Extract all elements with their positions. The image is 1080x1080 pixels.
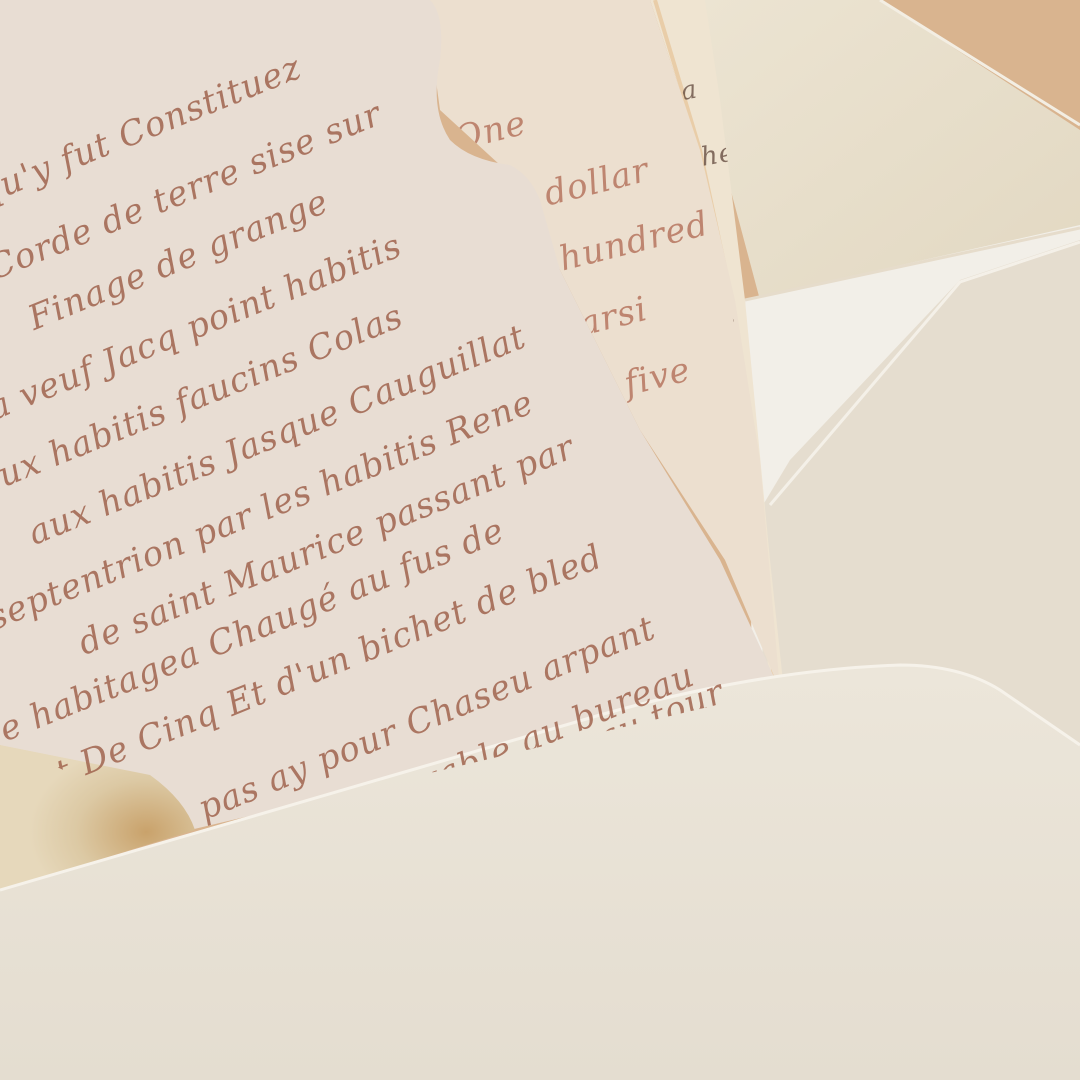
paper-layers [0,0,1080,1080]
photo-scene: qu'y fut Constituez Corde de terre sise … [0,0,1080,1080]
